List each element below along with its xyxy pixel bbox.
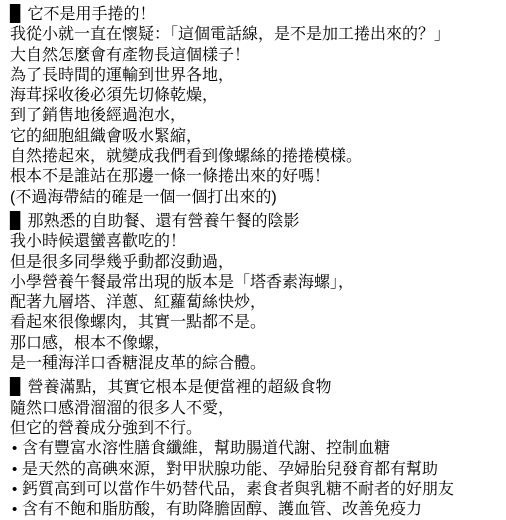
text-line: 到了銷售地後經過泡水， bbox=[10, 106, 498, 126]
list-item-text: 鈣質高到可以當作牛奶替代品，素食者與乳糖不耐者的好朋友 bbox=[22, 480, 454, 500]
text-line: (不過海帶結的確是一個一個打出來的) bbox=[10, 188, 498, 208]
section-nutrition: ▉ 營養滿點，其實它根本是便當裡的超級食物 隨然口感滑溜溜的很多人不愛， 但它的… bbox=[10, 378, 498, 520]
text-line: 根本不是誰站在那邊一條一條捲出來的好嗎！ bbox=[10, 167, 498, 187]
section-header: ▉ 它不是用手捲的！ bbox=[10, 5, 498, 25]
text-line: 是一種海洋口香糖混皮革的綜合體。 bbox=[10, 354, 498, 374]
text-line: 那口感，根本不像螺， bbox=[10, 334, 498, 354]
post-content: ▉ 它不是用手捲的！ 我從小就一直在懷疑：「這個電話線，是不是加工捲出來的？」 … bbox=[0, 0, 506, 520]
section-marker-icon: ▉ bbox=[10, 214, 22, 231]
benefits-list: • 含有豐富水溶性膳食纖維，幫助腸道代謝、控制血糖 • 是天然的高碘來源，對甲狀… bbox=[10, 439, 498, 520]
list-item: • 含有豐富水溶性膳食纖維，幫助腸道代謝、控制血糖 bbox=[10, 439, 498, 459]
text-line: 海茸採收後必須先切條乾燥， bbox=[10, 86, 498, 106]
bullet-icon: • bbox=[12, 439, 22, 459]
section-header: ▉ 那熟悉的自助餐、還有營養午餐的陰影 bbox=[10, 212, 498, 232]
text-line: 大自然怎麼會有產物長這個樣子！ bbox=[10, 46, 498, 66]
section-title: 它不是用手捲的！ bbox=[28, 5, 156, 25]
text-line: 自然捲起來，就變成我們看到像螺絲的捲捲模樣。 bbox=[10, 147, 498, 167]
text-line: 小學營養午餐最常出現的版本是「塔香素海螺」， bbox=[10, 273, 498, 293]
list-item-text: 是天然的高碘來源，對甲狀腺功能、孕婦胎兒發育都有幫助 bbox=[22, 460, 438, 480]
list-item-text: 含有不飽和脂肪酸，有助降膽固醇、護血管、改善免疫力 bbox=[22, 500, 422, 520]
bullet-icon: • bbox=[12, 480, 22, 500]
text-line: 我從小就一直在懷疑：「這個電話線，是不是加工捲出來的？」 bbox=[10, 25, 498, 45]
text-line: 隨然口感滑溜溜的很多人不愛， bbox=[10, 399, 498, 419]
text-line: 為了長時間的運輸到世界各地， bbox=[10, 66, 498, 86]
list-item-text: 含有豐富水溶性膳食纖維，幫助腸道代謝、控制血糖 bbox=[22, 439, 390, 459]
section-title: 那熟悉的自助餐、還有營養午餐的陰影 bbox=[28, 212, 300, 232]
section-title: 營養滿點，其實它根本是便當裡的超級食物 bbox=[28, 378, 332, 398]
text-line: 配著九層塔、洋蔥、紅蘿蔔絲快炒， bbox=[10, 293, 498, 313]
text-line: 看起來很像螺肉，其實一點都不是。 bbox=[10, 313, 498, 333]
section-hand-rolled: ▉ 它不是用手捲的！ 我從小就一直在懷疑：「這個電話線，是不是加工捲出來的？」 … bbox=[10, 5, 498, 208]
section-school-lunch: ▉ 那熟悉的自助餐、還有營養午餐的陰影 我小時候還蠻喜歡吃的！ 但是很多同學幾乎… bbox=[10, 212, 498, 374]
text-line: 它的細胞組織會吸水緊縮， bbox=[10, 127, 498, 147]
section-marker-icon: ▉ bbox=[10, 380, 22, 397]
list-item: • 含有不飽和脂肪酸，有助降膽固醇、護血管、改善免疫力 bbox=[10, 500, 498, 520]
bullet-icon: • bbox=[12, 500, 22, 520]
list-item: • 鈣質高到可以當作牛奶替代品，素食者與乳糖不耐者的好朋友 bbox=[10, 480, 498, 500]
text-line: 但是很多同學幾乎動都沒動過， bbox=[10, 253, 498, 273]
section-header: ▉ 營養滿點，其實它根本是便當裡的超級食物 bbox=[10, 378, 498, 398]
text-line: 但它的營養成分強到不行。 bbox=[10, 419, 498, 439]
section-marker-icon: ▉ bbox=[10, 7, 22, 24]
list-item: • 是天然的高碘來源，對甲狀腺功能、孕婦胎兒發育都有幫助 bbox=[10, 460, 498, 480]
text-line: 我小時候還蠻喜歡吃的！ bbox=[10, 232, 498, 252]
bullet-icon: • bbox=[12, 460, 22, 480]
